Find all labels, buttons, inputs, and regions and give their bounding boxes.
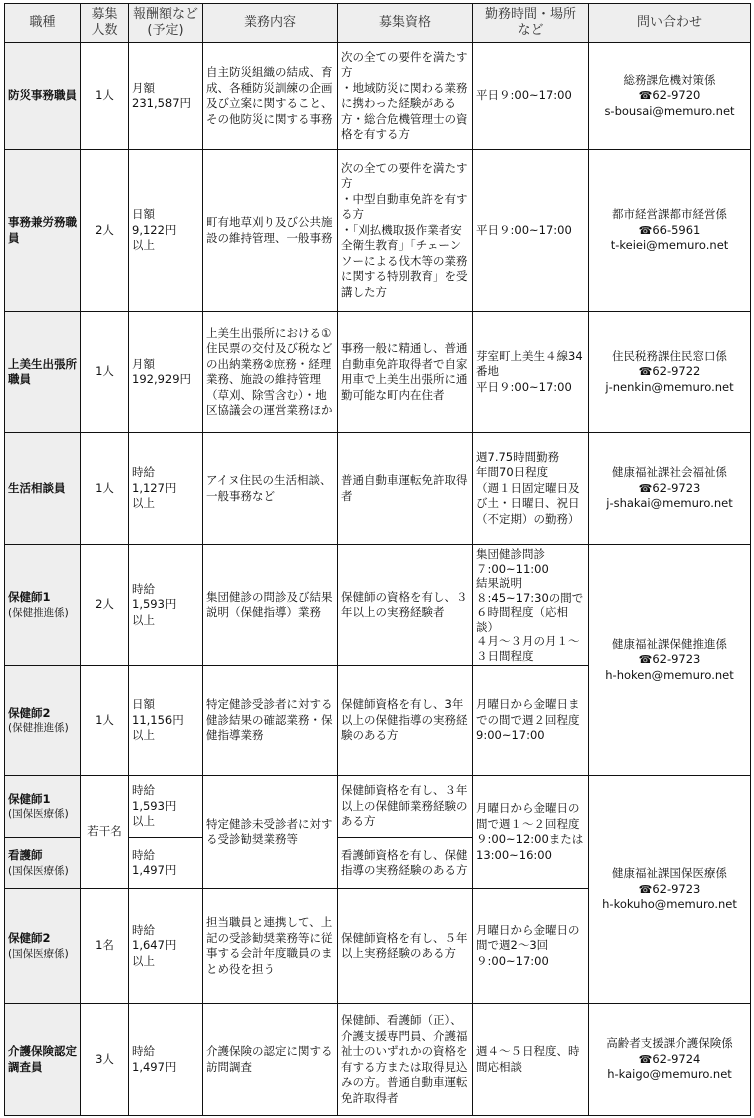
contact: 健康福祉課社会福祉係 ☎62-9723 j-shakai@memuro.net [589, 433, 751, 545]
table-row: 介護保険認定調査員 3人 時給1,497円 介護保険の認定に関する訪問調査 保健… [5, 1004, 751, 1116]
job-title: 保健師1(国保医療係) [5, 776, 81, 838]
phone-icon: ☎ [639, 883, 653, 896]
qualifications: 事務一般に精通し、普通自動車免許取得者で自家用車で上美生出張所に通勤可能な町内在… [338, 312, 473, 433]
recruit-count: 3人 [81, 1004, 129, 1116]
contact-dept: 都市経営課都市経営係 [592, 207, 747, 223]
pay: 時給1,647円以上 [129, 889, 203, 1004]
job-title: 保健師2(保健推進係) [5, 666, 81, 776]
recruit-count: 1人 [81, 666, 129, 776]
header-duties: 業務内容 [203, 4, 338, 43]
job-title: 保健師1(保健推進係) [5, 545, 81, 666]
recruit-count: 2人 [81, 150, 129, 312]
duties: 特定健診受診者に対する健診結果の確認業務・保健指導業務 [203, 666, 338, 776]
contact: 都市経営課都市経営係 ☎66-5961 t-keiei@memuro.net [589, 150, 751, 312]
contact-phone: ☎62-9720 [592, 88, 747, 104]
job-title: 事務兼労務職員 [5, 150, 81, 312]
header-row: 職種 募集人数 報酬額など(予定) 業務内容 募集資格 勤務時間・場所など 問い… [5, 4, 751, 43]
table-row: 生活相談員 1人 時給1,127円以上 アイヌ住民の生活相談、一般事務など 普通… [5, 433, 751, 545]
qualifications: 保健師の資格を有し、３年以上の実務経験者 [338, 545, 473, 666]
pay: 日額11,156円以上 [129, 666, 203, 776]
contact: 健康福祉課保健推進係 ☎62-9723 h-hoken@memuro.net [589, 545, 751, 776]
contact-dept: 総務課危機対策係 [592, 73, 747, 89]
contact-email[interactable]: j-shakai@memuro.net [592, 496, 747, 512]
contact-phone: ☎62-9723 [592, 882, 747, 898]
recruit-count: 1人 [81, 312, 129, 433]
contact-email[interactable]: s-bousai@memuro.net [592, 104, 747, 120]
qualifications: 保健師、看護師（正）、介護支援専門員、介護福祉士のいずれかの資格を有する方または… [338, 1004, 473, 1116]
hours: 平日９:00~17:00 [473, 43, 589, 150]
pay: 時給1,127円以上 [129, 433, 203, 545]
contact-dept: 健康福祉課国保医療係 [592, 866, 747, 882]
hours: 週7.75時間勤務年間70日程度（週１日固定曜日及び土・日曜日、祝日（不定期）の… [473, 433, 589, 545]
duties: 集団健診の問診及び結果説明（保健指導）業務 [203, 545, 338, 666]
contact-email[interactable]: h-kokuho@memuro.net [592, 897, 747, 913]
pay: 日額9,122円以上 [129, 150, 203, 312]
hours: 芽室町上美生４線34番地平日９:00~17:00 [473, 312, 589, 433]
contact-phone: ☎62-9723 [592, 652, 747, 668]
header-job: 職種 [5, 4, 81, 43]
qualifications: 普通自動車運転免許取得者 [338, 433, 473, 545]
duties: 特定健診未受診者に対する受診勧奨業務等 [203, 776, 338, 889]
qualifications: 次の全ての要件を満たす方・地域防災に関わる業務に携わった経験がある方・総合危機管… [338, 43, 473, 150]
duties: 担当職員と連携して、上記の受診勧奨業務等に従事する会計年度職員のまとめ役を担う [203, 889, 338, 1004]
qualifications: 次の全ての要件を満たす方・中型自動車免許を有する方・「刈払機取扱作業者安全衛生教… [338, 150, 473, 312]
duties: 自主防災組織の結成、育成、各種防災訓練の企画及び立案に関すること、その他防災に関… [203, 43, 338, 150]
phone-icon: ☎ [639, 1053, 653, 1066]
hours: 平日９:00~17:00 [473, 150, 589, 312]
phone-icon: ☎ [639, 482, 653, 495]
header-contact: 問い合わせ [589, 4, 751, 43]
phone-icon: ☎ [639, 365, 653, 378]
contact-phone: ☎62-9722 [592, 364, 747, 380]
contact-phone: ☎66-5961 [592, 223, 747, 239]
pay: 時給1,497円 [129, 1004, 203, 1116]
job-title: 介護保険認定調査員 [5, 1004, 81, 1116]
phone-icon: ☎ [639, 653, 653, 666]
job-title: 上美生出張所職員 [5, 312, 81, 433]
job-title: 保健師2(国保医療係) [5, 889, 81, 1004]
contact-email[interactable]: h-kaigo@memuro.net [592, 1067, 747, 1083]
phone-icon: ☎ [639, 89, 653, 102]
recruit-count: 1名 [81, 889, 129, 1004]
pay: 月額192,929円 [129, 312, 203, 433]
qualifications: 保健師資格を有し、3年以上の保健指導の実務経験のある方 [338, 666, 473, 776]
hours: 月曜日から金曜日までの間で週２回程度9:00~17:00 [473, 666, 589, 776]
phone-icon: ☎ [639, 224, 653, 237]
contact: 住民税務課住民窓口係 ☎62-9722 j-nenkin@memuro.net [589, 312, 751, 433]
contact-email[interactable]: t-keiei@memuro.net [592, 238, 747, 254]
job-title: 看護師(国保医療係) [5, 838, 81, 889]
recruit-count: 1人 [81, 433, 129, 545]
header-hours: 勤務時間・場所など [473, 4, 589, 43]
header-count: 募集人数 [81, 4, 129, 43]
duties: 介護保険の認定に関する訪問調査 [203, 1004, 338, 1116]
hours: 集団健診問診７:00~11:00結果説明８:45~17:30の間で６時間程度（応… [473, 545, 589, 666]
hours: 月曜日から金曜日の間で週１～２回程度９:00~12:00または13:00~16:… [473, 776, 589, 889]
header-pay: 報酬額など(予定) [129, 4, 203, 43]
job-listings-table: 職種 募集人数 報酬額など(予定) 業務内容 募集資格 勤務時間・場所など 問い… [4, 3, 751, 1116]
table-row: 上美生出張所職員 1人 月額192,929円 上美生出張所における①住民票の交付… [5, 312, 751, 433]
contact-email[interactable]: h-hoken@memuro.net [592, 668, 747, 684]
pay: 時給1,593円以上 [129, 776, 203, 838]
hours: 月曜日から金曜日の間で週2～3回９:00~17:00 [473, 889, 589, 1004]
pay: 月額231,587円 [129, 43, 203, 150]
table-row: 防災事務職員 1人 月額231,587円 自主防災組織の結成、育成、各種防災訓練… [5, 43, 751, 150]
contact-phone: ☎62-9723 [592, 481, 747, 497]
contact-email[interactable]: j-nenkin@memuro.net [592, 380, 747, 396]
duties: アイヌ住民の生活相談、一般事務など [203, 433, 338, 545]
qualifications: 看護師資格を有し、保健指導の実務経験のある方 [338, 838, 473, 889]
contact-dept: 健康福祉課保健推進係 [592, 637, 747, 653]
contact: 総務課危機対策係 ☎62-9720 s-bousai@memuro.net [589, 43, 751, 150]
qualifications: 保健師資格を有し、５年以上実務経験のある方 [338, 889, 473, 1004]
table-row: 保健師1(保健推進係) 2人 時給1,593円以上 集団健診の問診及び結果説明（… [5, 545, 751, 666]
pay: 時給1,593円以上 [129, 545, 203, 666]
recruit-count: 若干名 [81, 776, 129, 889]
table-row: 事務兼労務職員 2人 日額9,122円以上 町有地草刈り及び公共施設の維持管理、… [5, 150, 751, 312]
duties: 上美生出張所における①住民票の交付及び税などの出納業務②庶務・経理業務、施設の維… [203, 312, 338, 433]
contact-dept: 健康福祉課社会福祉係 [592, 465, 747, 481]
contact-dept: 高齢者支援課介護保険係 [592, 1036, 747, 1052]
contact: 高齢者支援課介護保険係 ☎62-9724 h-kaigo@memuro.net [589, 1004, 751, 1116]
hours: 週４～５日程度、時間応相談 [473, 1004, 589, 1116]
table-row: 保健師1(国保医療係) 若干名 時給1,593円以上 特定健診未受診者に対する受… [5, 776, 751, 838]
job-title: 防災事務職員 [5, 43, 81, 150]
recruit-count: 1人 [81, 43, 129, 150]
contact-dept: 住民税務課住民窓口係 [592, 349, 747, 365]
duties: 町有地草刈り及び公共施設の維持管理、一般事務 [203, 150, 338, 312]
contact: 健康福祉課国保医療係 ☎62-9723 h-kokuho@memuro.net [589, 776, 751, 1004]
qualifications: 保健師資格を有し、３年以上の保健師業務経験のある方 [338, 776, 473, 838]
header-qualifications: 募集資格 [338, 4, 473, 43]
job-title: 生活相談員 [5, 433, 81, 545]
contact-phone: ☎62-9724 [592, 1052, 747, 1068]
pay: 時給1,497円 [129, 838, 203, 889]
recruit-count: 2人 [81, 545, 129, 666]
